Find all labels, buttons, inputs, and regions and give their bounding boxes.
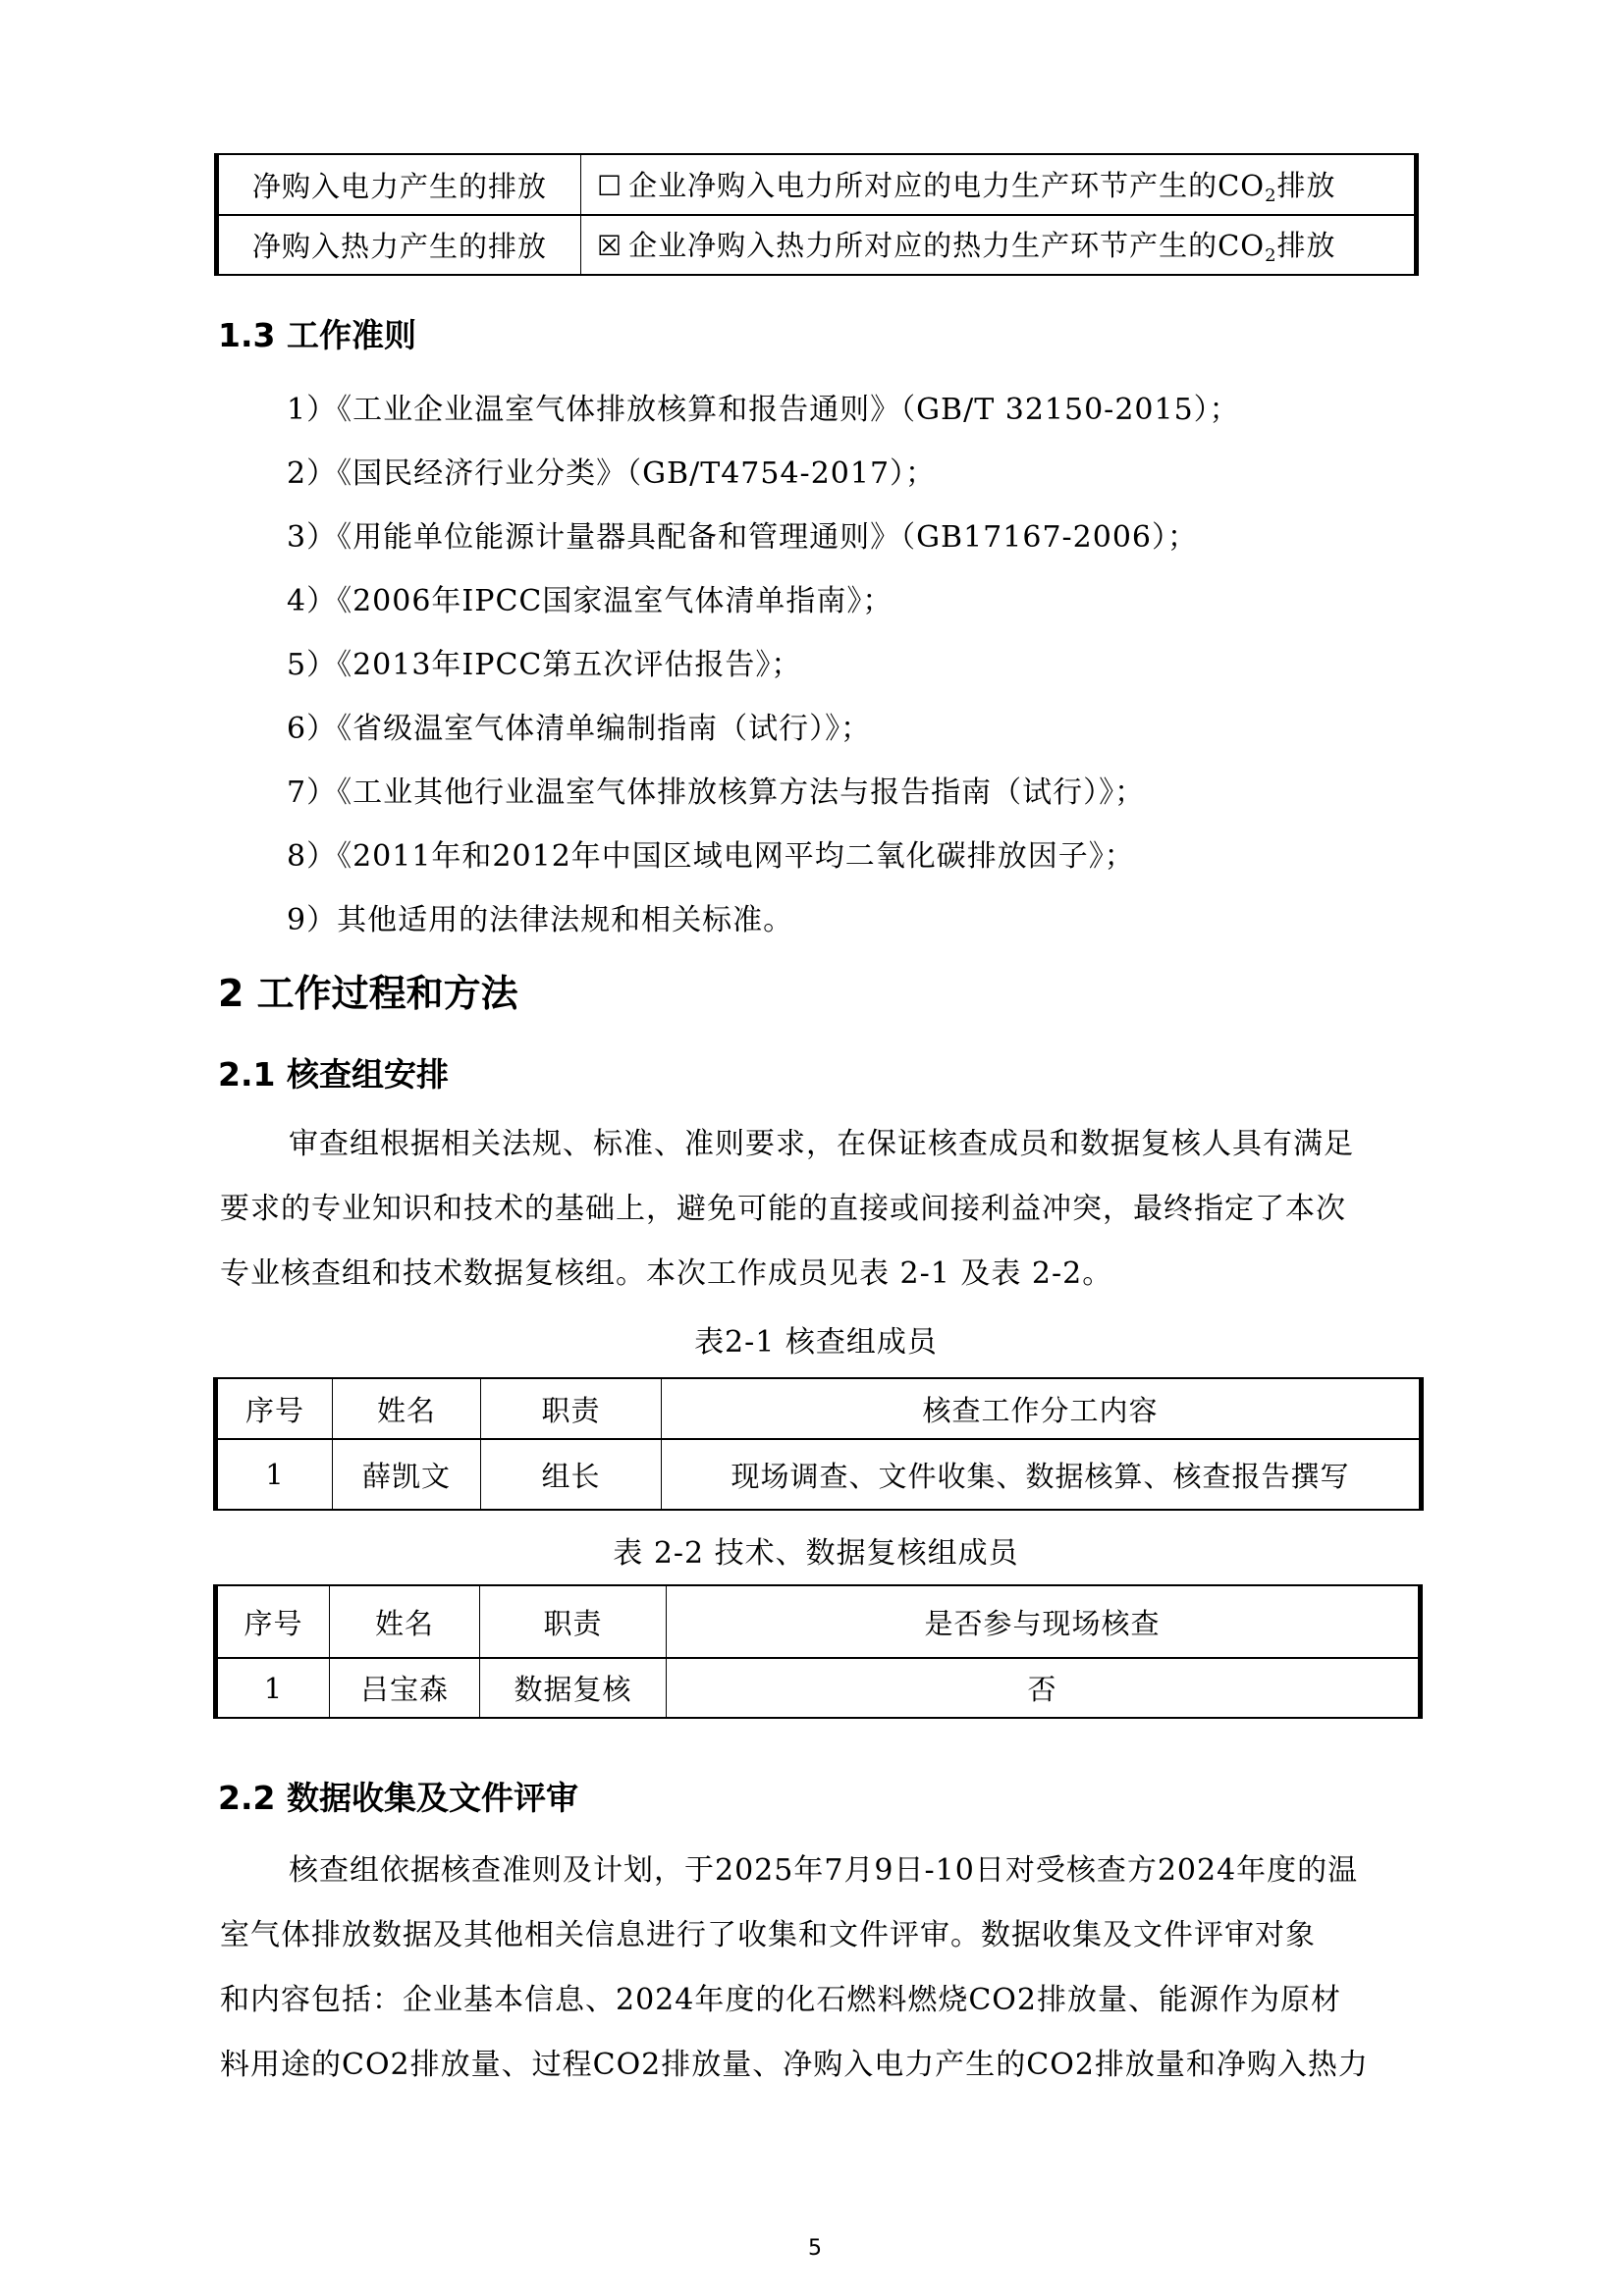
column-header: 职责 [480, 1585, 667, 1658]
cell-onsite: 否 [667, 1658, 1421, 1718]
column-header: 序号 [216, 1585, 330, 1658]
column-header: 核查工作分工内容 [662, 1378, 1422, 1439]
criteria-item: 9）其他适用的法律法规和相关标准。 [287, 903, 793, 938]
table-row: 1 吕宝森 数据复核 否 [216, 1658, 1421, 1718]
checkbox-unchecked-icon: ☐ [597, 170, 623, 202]
review-team-table: 序号 姓名 职责 是否参与现场核查 1 吕宝森 数据复核 否 [213, 1584, 1423, 1719]
scope-label: 净购入电力产生的排放 [217, 154, 581, 215]
column-header: 职责 [481, 1378, 662, 1439]
criteria-item: 2）《国民经济行业分类》（GB/T4754-2017）； [287, 456, 936, 492]
table-row: 1 薛凯文 组长 现场调查、文件收集、数据核算、核查报告撰写 [216, 1439, 1422, 1510]
cell-name: 薛凯文 [333, 1439, 481, 1510]
section-heading-2-1: 2.1 核查组安排 [218, 1055, 449, 1095]
inspection-team-table: 序号 姓名 职责 核查工作分工内容 1 薛凯文 组长 现场调查、文件收集、数据核… [213, 1377, 1424, 1511]
emission-scope-table: 净购入电力产生的排放 ☐企业净购入电力所对应的电力生产环节产生的CO2排放 净购… [214, 153, 1419, 276]
criteria-item: 8）《2011年和2012年中国区域电网平均二氧化碳排放因子》； [287, 839, 1135, 875]
cell-duties: 现场调查、文件收集、数据核算、核查报告撰写 [662, 1439, 1422, 1510]
cell-index: 1 [216, 1658, 330, 1718]
criteria-item: 7）《工业其他行业温室气体排放核算方法与报告指南（试行）》； [287, 775, 1145, 811]
table-row: 净购入电力产生的排放 ☐企业净购入电力所对应的电力生产环节产生的CO2排放 [217, 154, 1417, 215]
table-caption-2-2: 表 2-2 技术、数据复核组成员 [214, 1536, 1418, 1572]
scope-label: 净购入热力产生的排放 [217, 215, 581, 275]
paragraph-line: 料用途的CO2排放量、过程CO2排放量、净购入电力产生的CO2排放量和净购入热力 [220, 2048, 1369, 2083]
criteria-item: 6）《省级温室气体清单编制指南（试行）》； [287, 712, 871, 747]
column-header: 是否参与现场核查 [667, 1585, 1421, 1658]
criteria-item: 4）《2006年IPCC国家温室气体清单指南》； [287, 584, 893, 619]
paragraph-line: 室气体排放数据及其他相关信息进行了收集和文件评审。数据收集及文件评审对象 [220, 1918, 1316, 1953]
scope-description: ☒企业净购入热力所对应的热力生产环节产生的CO2排放 [581, 215, 1417, 275]
paragraph-line: 专业核查组和技术数据复核组。本次工作成员见表 2-1 及表 2-2。 [220, 1256, 1112, 1292]
section-heading-1-3: 1.3 工作准则 [218, 316, 416, 355]
table-row: 净购入热力产生的排放 ☒企业净购入热力所对应的热力生产环节产生的CO2排放 [217, 215, 1417, 275]
paragraph-line: 要求的专业知识和技术的基础上，避免可能的直接或间接利益冲突，最终指定了本次 [220, 1192, 1346, 1227]
page-number: 5 [805, 2236, 825, 2261]
column-header: 序号 [216, 1378, 333, 1439]
column-header: 姓名 [330, 1585, 480, 1658]
paragraph-line: 核查组依据核查准则及计划，于2025年7月9日-10日对受核查方2024年度的温 [289, 1853, 1358, 1889]
checkbox-checked-icon: ☒ [597, 230, 623, 262]
scope-description: ☐企业净购入电力所对应的电力生产环节产生的CO2排放 [581, 154, 1417, 215]
cell-name: 吕宝森 [330, 1658, 480, 1718]
criteria-item: 3）《用能单位能源计量器具配备和管理通则》（GB17167-2006）； [287, 520, 1198, 556]
cell-role: 组长 [481, 1439, 662, 1510]
section-heading-2-2: 2.2 数据收集及文件评审 [218, 1779, 578, 1818]
criteria-item: 1）《工业企业温室气体排放核算和报告通则》（GB/T 32150-2015）； [287, 393, 1240, 428]
cell-role: 数据复核 [480, 1658, 667, 1718]
table-header-row: 序号 姓名 职责 是否参与现场核查 [216, 1585, 1421, 1658]
paragraph-line: 审查组根据相关法规、标准、准则要求，在保证核查成员和数据复核人具有满足 [289, 1127, 1354, 1162]
section-heading-2: 2 工作过程和方法 [218, 972, 518, 1015]
column-header: 姓名 [333, 1378, 481, 1439]
table-header-row: 序号 姓名 职责 核查工作分工内容 [216, 1378, 1422, 1439]
cell-index: 1 [216, 1439, 333, 1510]
table-caption-2-1: 表2-1 核查组成员 [214, 1325, 1418, 1361]
criteria-item: 5）《2013年IPCC第五次评估报告》； [287, 648, 801, 683]
paragraph-line: 和内容包括：企业基本信息、2024年度的化石燃料燃烧CO2排放量、能源作为原材 [220, 1983, 1341, 2018]
